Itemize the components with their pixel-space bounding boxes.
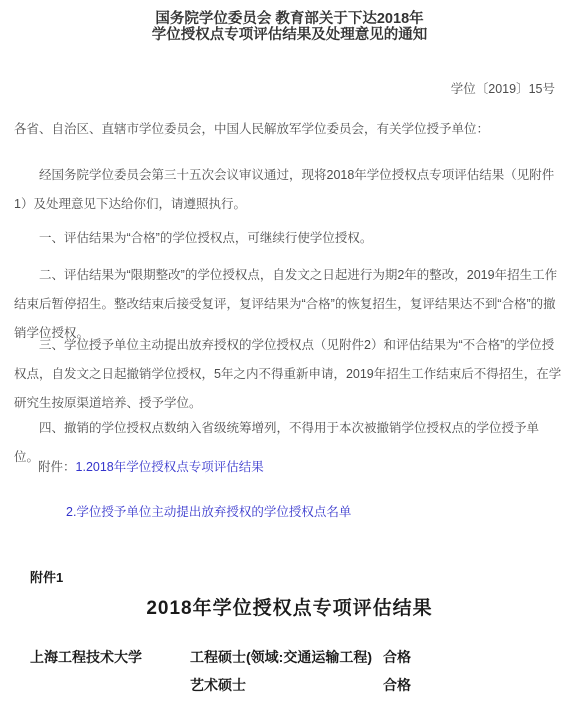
- attachment-link-2[interactable]: 2.学位授予单位主动提出放弃授权的学位授权点名单: [66, 505, 351, 519]
- body-paragraph-intro: 经国务院学位委员会第三十五次会议审议通过，现将2018年学位授权点专项评估结果（…: [14, 161, 563, 219]
- page-title: 国务院学位委员会 教育部关于下达2018年 学位授权点专项评估结果及处理意见的通…: [0, 11, 579, 43]
- page-title-line1: 国务院学位委员会 教育部关于下达2018年: [155, 11, 423, 27]
- result-cell: 合格: [383, 671, 411, 699]
- annex-label: 附件1: [30, 567, 63, 586]
- doc-number: 学位〔2019〕15号: [451, 79, 555, 97]
- notice-document: 国务院学位委员会 教育部关于下达2018年 学位授权点专项评估结果及处理意见的通…: [0, 0, 579, 703]
- attachments-label: 附件：: [38, 460, 76, 474]
- page-title-line2: 学位授权点专项评估结果及处理意见的通知: [152, 27, 428, 43]
- institution-cell: 上海工程技术大学: [30, 643, 190, 671]
- result-cell: 合格: [383, 643, 411, 671]
- salutation: 各省、自治区、直辖市学位委员会，中国人民解放军学位委员会，有关学位授予单位：: [14, 115, 563, 144]
- degree-point-cell: 工程硕士(领域:交通运输工程): [190, 643, 383, 671]
- annex-title: 2018年学位授权点专项评估结果: [0, 593, 579, 620]
- degree-point-cell: 艺术硕士: [190, 671, 383, 699]
- evaluation-results-table: 上海工程技术大学 工程硕士(领域:交通运输工程) 合格 艺术硕士 合格: [30, 643, 411, 699]
- institution-cell: [30, 671, 190, 699]
- attachment-link-1[interactable]: 1.2018年学位授权点专项评估结果: [76, 460, 264, 474]
- body-paragraph-item3: 三、学位授予单位主动提出放弃授权的学位授权点（见附件2）和评估结果为“不合格”的…: [14, 331, 563, 418]
- body-paragraph-item1: 一、评估结果为“合格”的学位授权点，可继续行使学位授权。: [14, 224, 563, 253]
- attachments-line-2: 2.学位授予单位主动提出放弃授权的学位授权点名单: [66, 502, 351, 522]
- attachments-line-1: 附件：1.2018年学位授权点专项评估结果: [38, 457, 264, 477]
